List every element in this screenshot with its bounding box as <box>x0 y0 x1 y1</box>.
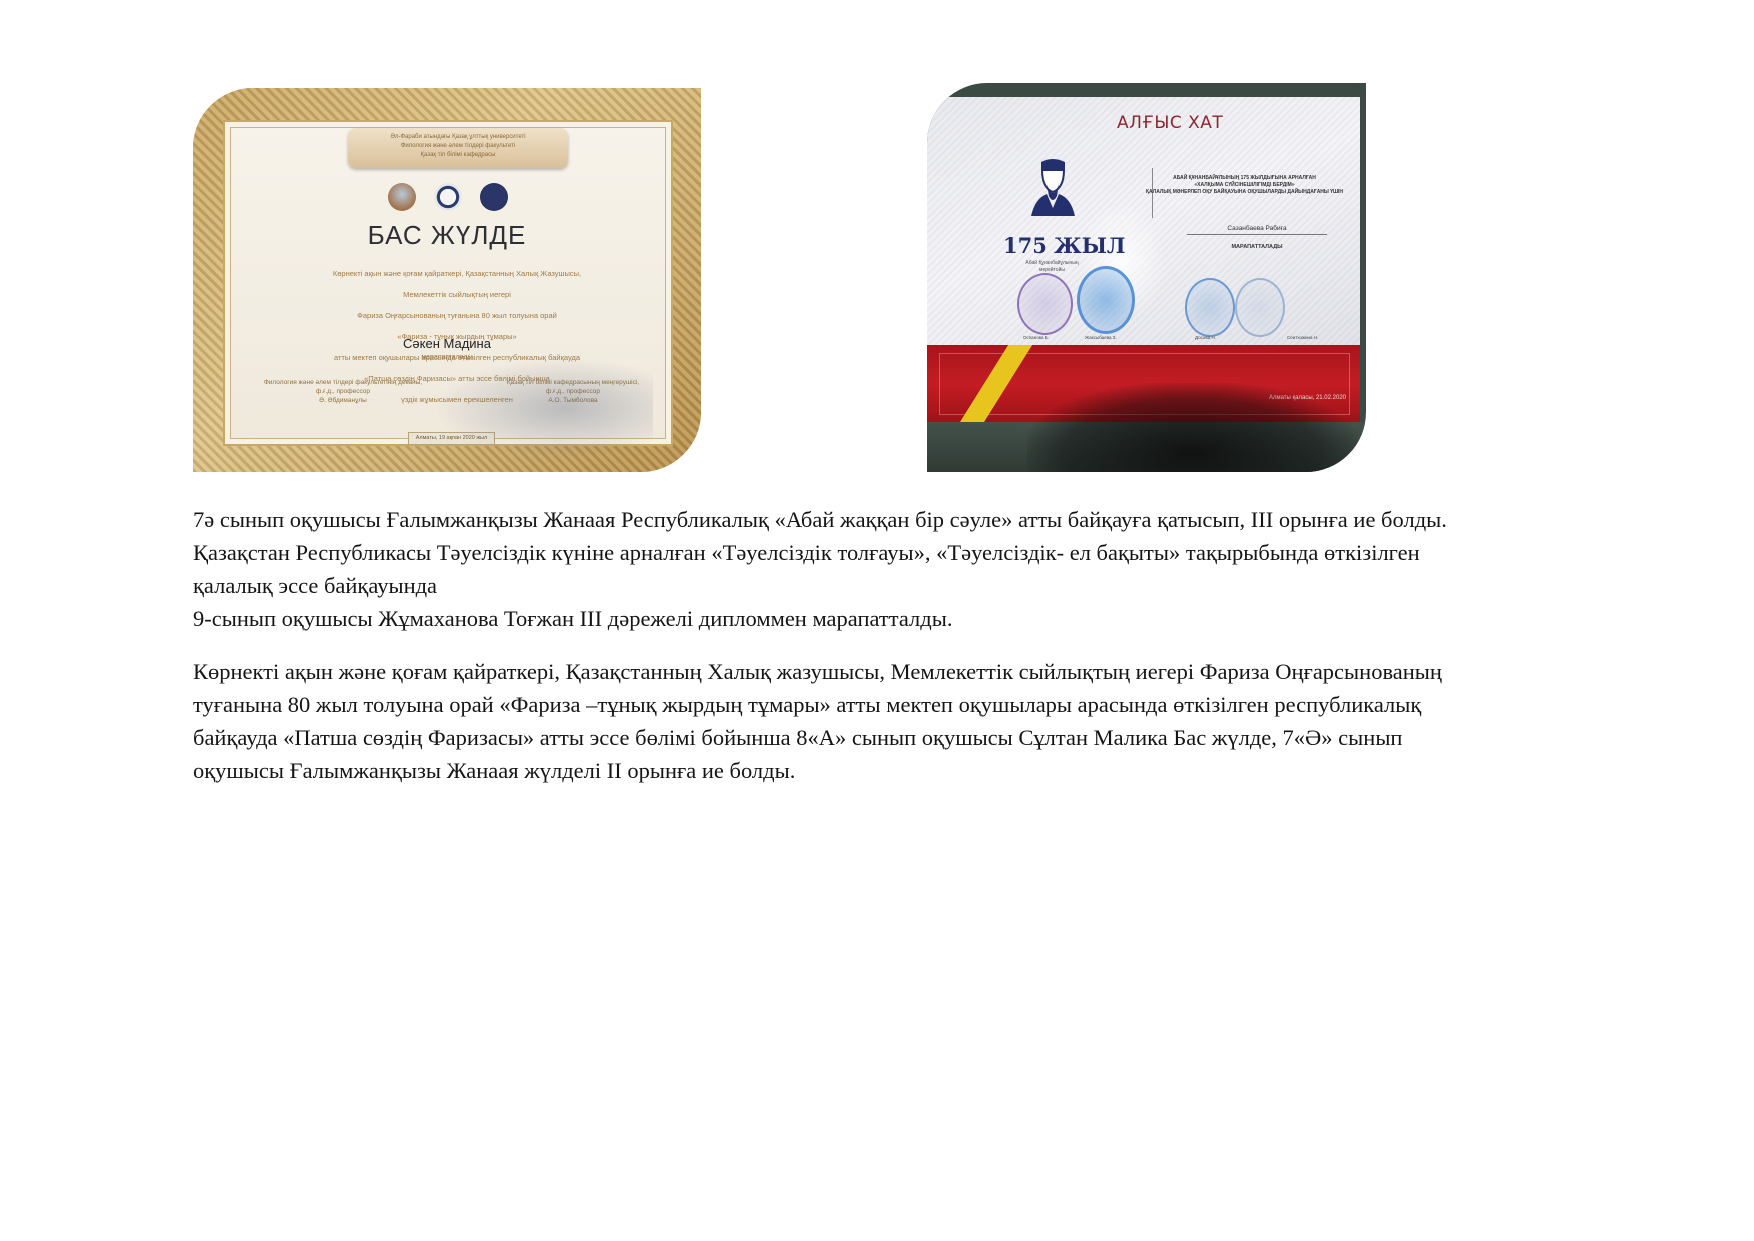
signature-name: Сеитхожина Н. <box>1287 335 1318 340</box>
faculty-logo-icon <box>434 183 462 211</box>
certificate-awarded: МАРАПАТТАЛАДЫ <box>1187 244 1327 250</box>
hand-shadow <box>1027 383 1357 472</box>
certificate-title: АЛҒЫС ХАТ <box>1117 113 1223 133</box>
text-line: Көрнекті ақын және қоғам қайраткері, Қаз… <box>193 655 1613 688</box>
signature-name: Жаксыбаева З. <box>1085 335 1117 340</box>
stamp-icon <box>1185 278 1235 337</box>
photo-shadow <box>433 358 653 458</box>
certificate-title: БАС ЖҮЛДЕ <box>193 220 701 251</box>
abai-portrait-icon <box>1027 158 1079 218</box>
anniversary-subtitle: Абай Құнанбайұлының мерейтойы <box>1007 260 1097 274</box>
signature-name: Досова Н. <box>1195 335 1216 340</box>
scroll-banner-text: Әл-Фараби атындағы Қазақ ұлттық универси… <box>348 133 568 160</box>
certificate-recipient: Сәкен Мадина <box>193 336 701 351</box>
logo-row <box>388 183 508 213</box>
paragraph-2: Көрнекті ақын және қоғам қайраткері, Қаз… <box>193 655 1613 787</box>
text-line: Қазақстан Республикасы Тәуелсіздік күнін… <box>193 536 1613 569</box>
text-line: байқауда «Патша сөздің Фаризасы» атты эс… <box>193 721 1613 754</box>
text-line: 7ә сынып оқушысы Ғалымжанқызы Жанаая Рес… <box>193 503 1613 536</box>
anniversary-label: 175 ЖЫЛ <box>1003 233 1126 258</box>
stamp-icon <box>1077 266 1135 334</box>
emblem-logo-icon <box>388 183 416 211</box>
paragraph-1: 7ә сынып оқушысы Ғалымжанқызы Жанаая Рес… <box>193 503 1613 635</box>
text-line: оқушысы Ғалымжанқызы Жанаая жүлделі ІІ о… <box>193 754 1613 787</box>
signature-name: Оспанова Б. <box>1023 335 1049 340</box>
certificate-header-text: АБАЙ ҚҰНАНБАЙҰЛЫНЫҢ 175 ЖЫЛДЫҒЫНА АРНАЛҒ… <box>1127 175 1362 196</box>
university-logo-icon <box>480 183 508 211</box>
stamp-icon <box>1017 273 1073 335</box>
certificate-recipient: Сазанбаева Рабиға <box>1187 225 1327 235</box>
text-line: қалалық эссе байқауында <box>193 569 1613 602</box>
text-line: 9-сынып оқушысы Жұмаханова Тоғжан ІІІ дә… <box>193 602 1613 635</box>
text-line: туғанына 80 жыл толуына орай «Фариза –тұ… <box>193 688 1613 721</box>
stamp-icon <box>1235 278 1285 337</box>
signatory-left: Филология және әлем тілдері факультетіні… <box>248 378 438 405</box>
scroll-banner: Әл-Фараби атындағы Қазақ ұлттық универси… <box>348 128 568 168</box>
certificate-photo-algys-hat: АЛҒЫС ХАТ 175 ЖЫЛ Абай Құнанбайұлының ме… <box>927 83 1366 472</box>
certificate-photo-bas-zhulde: Әл-Фараби атындағы Қазақ ұлттық универси… <box>193 88 701 472</box>
